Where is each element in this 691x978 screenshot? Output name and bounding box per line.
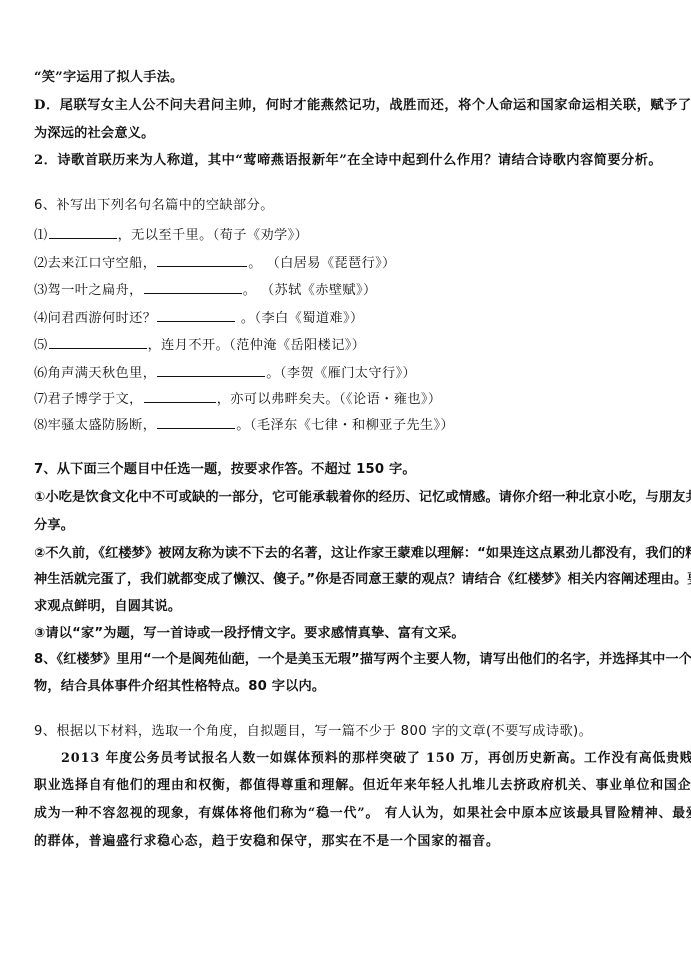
item-after: ，连月不开。（范仲淹《岳阳楼记》） xyxy=(148,338,366,353)
q7-option-2-line2: 神生活就完蛋了，我们就都变成了懒汉、傻子。”你是否同意王蒙的观点？请结合《红楼梦… xyxy=(34,572,691,588)
item-number: ⑷ xyxy=(34,311,48,326)
item-before: 君子博学于文， xyxy=(48,392,143,407)
option-d-line2: 为深远的社会意义。 xyxy=(34,126,155,142)
q6-item-2: ⑵去来江口守空船，。 （白居易《琵琶行》） xyxy=(34,254,396,272)
item-after: ，无以至千里。（荀子《劝学》） xyxy=(118,228,309,243)
item-after: 。 （白居易《琵琶行》） xyxy=(248,256,395,271)
item-number: ⑻ xyxy=(34,418,48,433)
q7-option-2-line3: 求观点鲜明，自圆其说。 xyxy=(34,599,181,615)
fill-blank[interactable] xyxy=(49,226,117,239)
q7-option-3: ③请以“家”为题，写一首诗或一段抒情文字。要求感情真挚、富有文采。 xyxy=(34,626,465,642)
question-8-line2: 物，结合具体事件介绍其性格特点。80 字以内。 xyxy=(34,679,325,695)
item-number: ⑵ xyxy=(34,256,48,271)
q6-item-4: ⑷问君西游何时还？ 。（李白《蜀道难》） xyxy=(34,309,364,327)
item-before: 角声满天秋色里， xyxy=(48,366,157,381)
item-after: 。（李白《蜀道难》） xyxy=(236,311,363,326)
fill-blank[interactable] xyxy=(49,336,147,349)
item-after: 。（李贺《雁门太守行》） xyxy=(266,366,416,381)
question-8-line1: 8、《红楼梦》里用“一个是阆苑仙葩，一个是美玉无瑕”描写两个主要人物，请写出他们… xyxy=(34,652,691,668)
q7-option-2-line1: ②不久前，《红楼梦》被网友称为读不下去的名著，这让作家王蒙难以理解：“如果连这点… xyxy=(34,546,691,562)
q7-option-1-line2: 分享。 xyxy=(34,518,74,534)
item-number: ⑴ xyxy=(34,228,48,243)
fill-blank[interactable] xyxy=(157,416,235,429)
fill-blank[interactable] xyxy=(157,254,247,267)
q6-item-3: ⑶驾一叶之扁舟，。 （苏轼《赤壁赋》） xyxy=(34,281,377,299)
item-number: ⑶ xyxy=(34,283,48,298)
option-c-tail: “笑”字运用了拟人手法。 xyxy=(34,70,183,86)
q6-item-5: ⑸，连月不开。（范仲淹《岳阳楼记》） xyxy=(34,336,365,354)
q9-material-line2: 职业选择自有他们的理由和权衡，都值得尊重和理解。但近年来年轻人扎堆儿去挤政府机关… xyxy=(34,778,691,794)
item-after: 。（毛泽东《七律・和柳亚子先生》） xyxy=(236,418,454,433)
q6-item-6: ⑹角声满天秋色里，。（李贺《雁门太守行》） xyxy=(34,364,416,382)
q9-material-line3: 成为一种不容忽视的现象，有媒体将他们称为“稳一代”。 有人认为，如果社会中原本应… xyxy=(34,806,691,822)
item-number: ⑹ xyxy=(34,366,48,381)
item-number: ⑸ xyxy=(34,338,48,353)
fill-blank[interactable] xyxy=(144,281,242,294)
q6-item-8: ⑻牢骚太盛防肠断，。（毛泽东《七律・和柳亚子先生》） xyxy=(34,416,454,434)
q6-item-1: ⑴，无以至千里。（荀子《劝学》） xyxy=(34,226,308,244)
fill-blank[interactable] xyxy=(157,309,235,322)
q6-item-7: ⑺君子博学于文，，亦可以弗畔矣夫。（《论语・雍也》） xyxy=(34,390,442,408)
q9-material-line4: 的群体，普遍盛行求稳心态，趋于安稳和保守，那实在不是一个国家的福音。 xyxy=(34,834,500,850)
item-after: 。 （苏轼《赤壁赋》） xyxy=(243,283,377,298)
item-after: ，亦可以弗畔矣夫。（《论语・雍也》） xyxy=(217,392,442,407)
q7-option-1-line1: ①小吃是饮食文化中不可或缺的一部分，它可能承载着你的经历、记忆或情感。请你介绍一… xyxy=(34,490,691,506)
q9-material-line1: 2013 年度公务员考试报名人数一如媒体预料的那样突破了 150 万，再创历史新… xyxy=(61,751,691,767)
fill-blank[interactable] xyxy=(144,390,216,403)
item-before: 问君西游何时还？ xyxy=(48,311,157,326)
item-before: 驾一叶之扁舟， xyxy=(48,283,143,298)
item-before: 去来江口守空船， xyxy=(48,256,157,271)
item-before: 牢骚太盛防肠断， xyxy=(48,418,157,433)
option-d-line1: D．尾联写女主人公不问夫君问主帅，何时才能燕然记功，战胜而还，将个人命运和国家命… xyxy=(34,98,691,114)
question-2: 2．诗歌首联历来为人称道，其中“莺啼燕语报新年”在全诗中起到什么作用？请结合诗歌… xyxy=(34,153,662,169)
question-9-title: 9、根据以下材料，选取一个角度，自拟题目，写一篇不少于 800 字的文章(不要写… xyxy=(34,724,592,740)
question-7-title: 7、从下面三个题目中任选一题，按要求作答。不超过 150 字。 xyxy=(34,462,416,478)
fill-blank[interactable] xyxy=(157,364,265,377)
item-number: ⑺ xyxy=(34,392,48,407)
question-6-title: 6、补写出下列名句名篇中的空缺部分。 xyxy=(34,198,274,214)
